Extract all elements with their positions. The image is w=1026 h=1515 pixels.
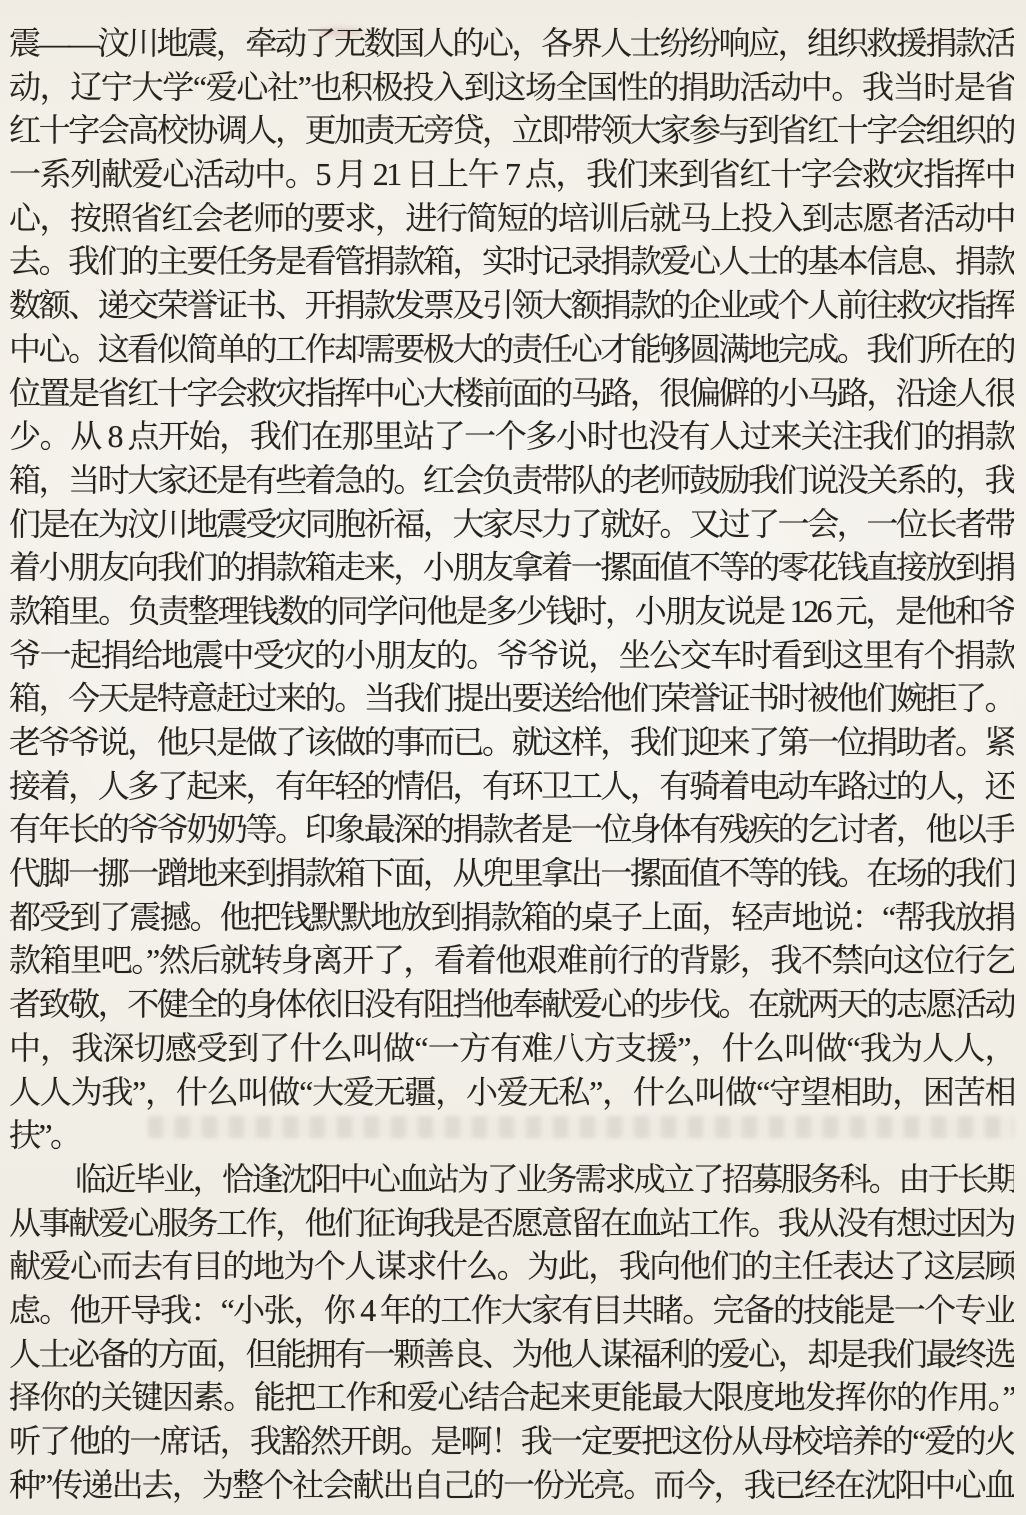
text-line: 心，按照省红会老师的要求，进行简短的培训后就马上投入到志愿者活动中	[9, 197, 1014, 241]
text-line: 代脚一挪一蹭地来到捐款箱下面，从兜里拿出一摞面值不等的钱。在场的我们	[9, 852, 1014, 896]
text-line: 择你的关键因素。能把工作和爱心结合起来更能最大限度地发挥你的作用。”	[9, 1376, 1014, 1420]
text-line: 种”传递出去，为整个社会献出自己的一份光亮。而今，我已经在沈阳中心血	[9, 1464, 1014, 1508]
text-line: 爷一起捐给地震中受灾的小朋友的。爷爷说，坐公交车时看到这里有个捐款	[9, 634, 1014, 678]
scanned-book-page: 震——汶川地震，牵动了无数国人的心，各界人士纷纷响应，组织救援捐款活 动，辽宁大…	[0, 0, 1026, 1515]
text-line: 中心。这看似简单的工作却需要极大的责任心才能够圆满地完成。我们所在的	[9, 328, 1014, 372]
text-line: 红十字会高校协调人，更加责无旁贷，立即带领大家参与到省红十字会组织的	[9, 109, 1014, 153]
text-line: 都受到了震撼。他把钱默默地放到捐款箱的桌子上面，轻声地说：“帮我放捐	[9, 896, 1014, 940]
text-line: 中，我深切感受到了什么叫做“一方有难八方支援”，什么叫做“我为人人，	[9, 1027, 1014, 1071]
text-line: 震——汶川地震，牵动了无数国人的心，各界人士纷纷响应，组织救援捐款活	[9, 22, 1014, 66]
text-line: 箱，今天是特意赶过来的。当我们提出要送给他们荣誉证书时被他们婉拒了。	[9, 677, 1014, 721]
scan-bleed-through-artifact	[148, 1116, 1014, 1138]
text-line: 人士必备的方面，但能拥有一颗善良、为他人谋福利的爱心，却是我们最终选	[9, 1333, 1014, 1377]
text-line: 一系列献爱心活动中。5 月 21 日上午 7 点，我们来到省红十字会救灾指挥中	[9, 153, 1014, 197]
text-line: 款箱里吧。”然后就转身离开了，看着他艰难前行的背影，我不禁向这位行乞	[9, 939, 1014, 983]
text-line: 动，辽宁大学“爱心社”也积极投入到这场全国性的捐助活动中。我当时是省	[9, 66, 1014, 110]
text-line: 位置是省红十字会救灾指挥中心大楼前面的马路，很偏僻的小马路，沿途人很	[9, 372, 1014, 416]
text-line: 者致敬，不健全的身体依旧没有阻挡他奉献爱心的步伐。在就两天的志愿活动	[9, 983, 1014, 1027]
text-line: 着小朋友向我们的捐款箱走来，小朋友拿着一摞面值不等的零花钱直接放到捐	[9, 546, 1014, 590]
text-line: 数额、递交荣誉证书、开捐款发票及引领大额捐款的企业或个人前往救灾指挥	[9, 284, 1014, 328]
text-line: 人人为我”，什么叫做“大爱无疆，小爱无私”，什么叫做“守望相助，困苦相	[9, 1071, 1014, 1115]
body-text: 震——汶川地震，牵动了无数国人的心，各界人士纷纷响应，组织救援捐款活 动，辽宁大…	[9, 22, 1014, 1507]
text-line: 献爱心而去有目的地为个人谋求什么。为此，我向他们的主任表达了这层顾	[9, 1245, 1014, 1289]
text-line: 虑。他开导我：“小张，你 4 年的工作大家有目共睹。完备的技能是一个专业	[9, 1289, 1014, 1333]
text-line: 箱，当时大家还是有些着急的。红会负责带队的老师鼓励我们说没关系的，我	[9, 459, 1014, 503]
text-line: 有年长的爷爷奶奶等。印象最深的捐款者是一位身体有残疾的乞讨者，他以手	[9, 808, 1014, 852]
text-line: 接着，人多了起来，有年轻的情侣，有环卫工人，有骑着电动车路过的人，还	[9, 765, 1014, 809]
text-line: 们是在为汶川地震受灾同胞祈福，大家尽力了就好。又过了一会，一位长者带	[9, 503, 1014, 547]
text-line-paragraph-start: 临近毕业，恰逢沈阳中心血站为了业务需求成立了招募服务科。由于长期	[9, 1158, 1014, 1202]
text-line: 款箱里。负责整理钱数的同学问他是多少钱时，小朋友说是 126 元，是他和爷	[9, 590, 1014, 634]
text-line: 听了他的一席话，我豁然开朗。是啊！我一定要把这份从母校培养的“爱的火	[9, 1420, 1014, 1464]
text-line: 少。从 8 点开始，我们在那里站了一个多小时也没有人过来关注我们的捐款	[9, 415, 1014, 459]
text-line: 从事献爱心服务工作，他们征询我是否愿意留在血站工作。我从没有想过因为	[9, 1202, 1014, 1246]
text-line: 去。我们的主要任务是看管捐款箱，实时记录捐款爱心人士的基本信息、捐款	[9, 240, 1014, 284]
text-line: 老爷爷说，他只是做了该做的事而已。就这样，我们迎来了第一位捐助者。紧	[9, 721, 1014, 765]
